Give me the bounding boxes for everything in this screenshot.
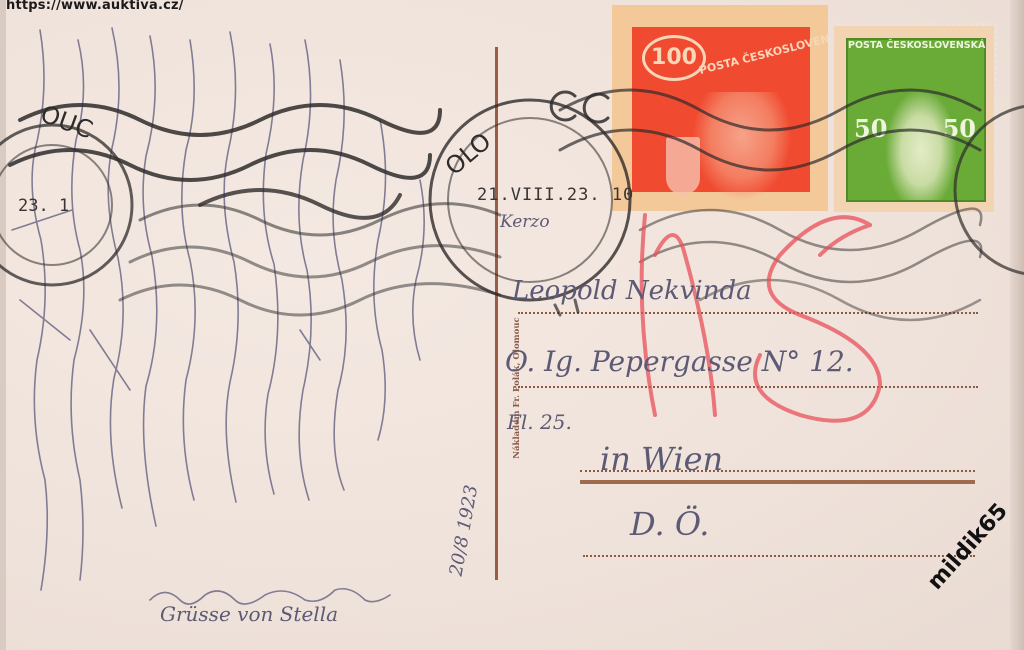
address-city: in Wien (600, 440, 723, 478)
postmark-cancellations (0, 0, 1024, 650)
address-apartment: Fl. 25. (507, 410, 572, 434)
postmark-date: 21.VIII.23. 10 (477, 185, 634, 205)
address-name: Leopold Nekvinda (512, 276, 752, 306)
postmark-date-left: 23. 1 (18, 196, 69, 216)
address-country: D. Ö. (630, 505, 709, 543)
address-street: O. Ig. Pepergasse N° 12. (505, 345, 854, 378)
postal-note: Kerzo (500, 212, 550, 232)
message-closing: Grüsse von Stella (160, 602, 338, 626)
postcard: https://www.auktiva.cz/ Nákladem Fr. Pol… (0, 0, 1024, 650)
